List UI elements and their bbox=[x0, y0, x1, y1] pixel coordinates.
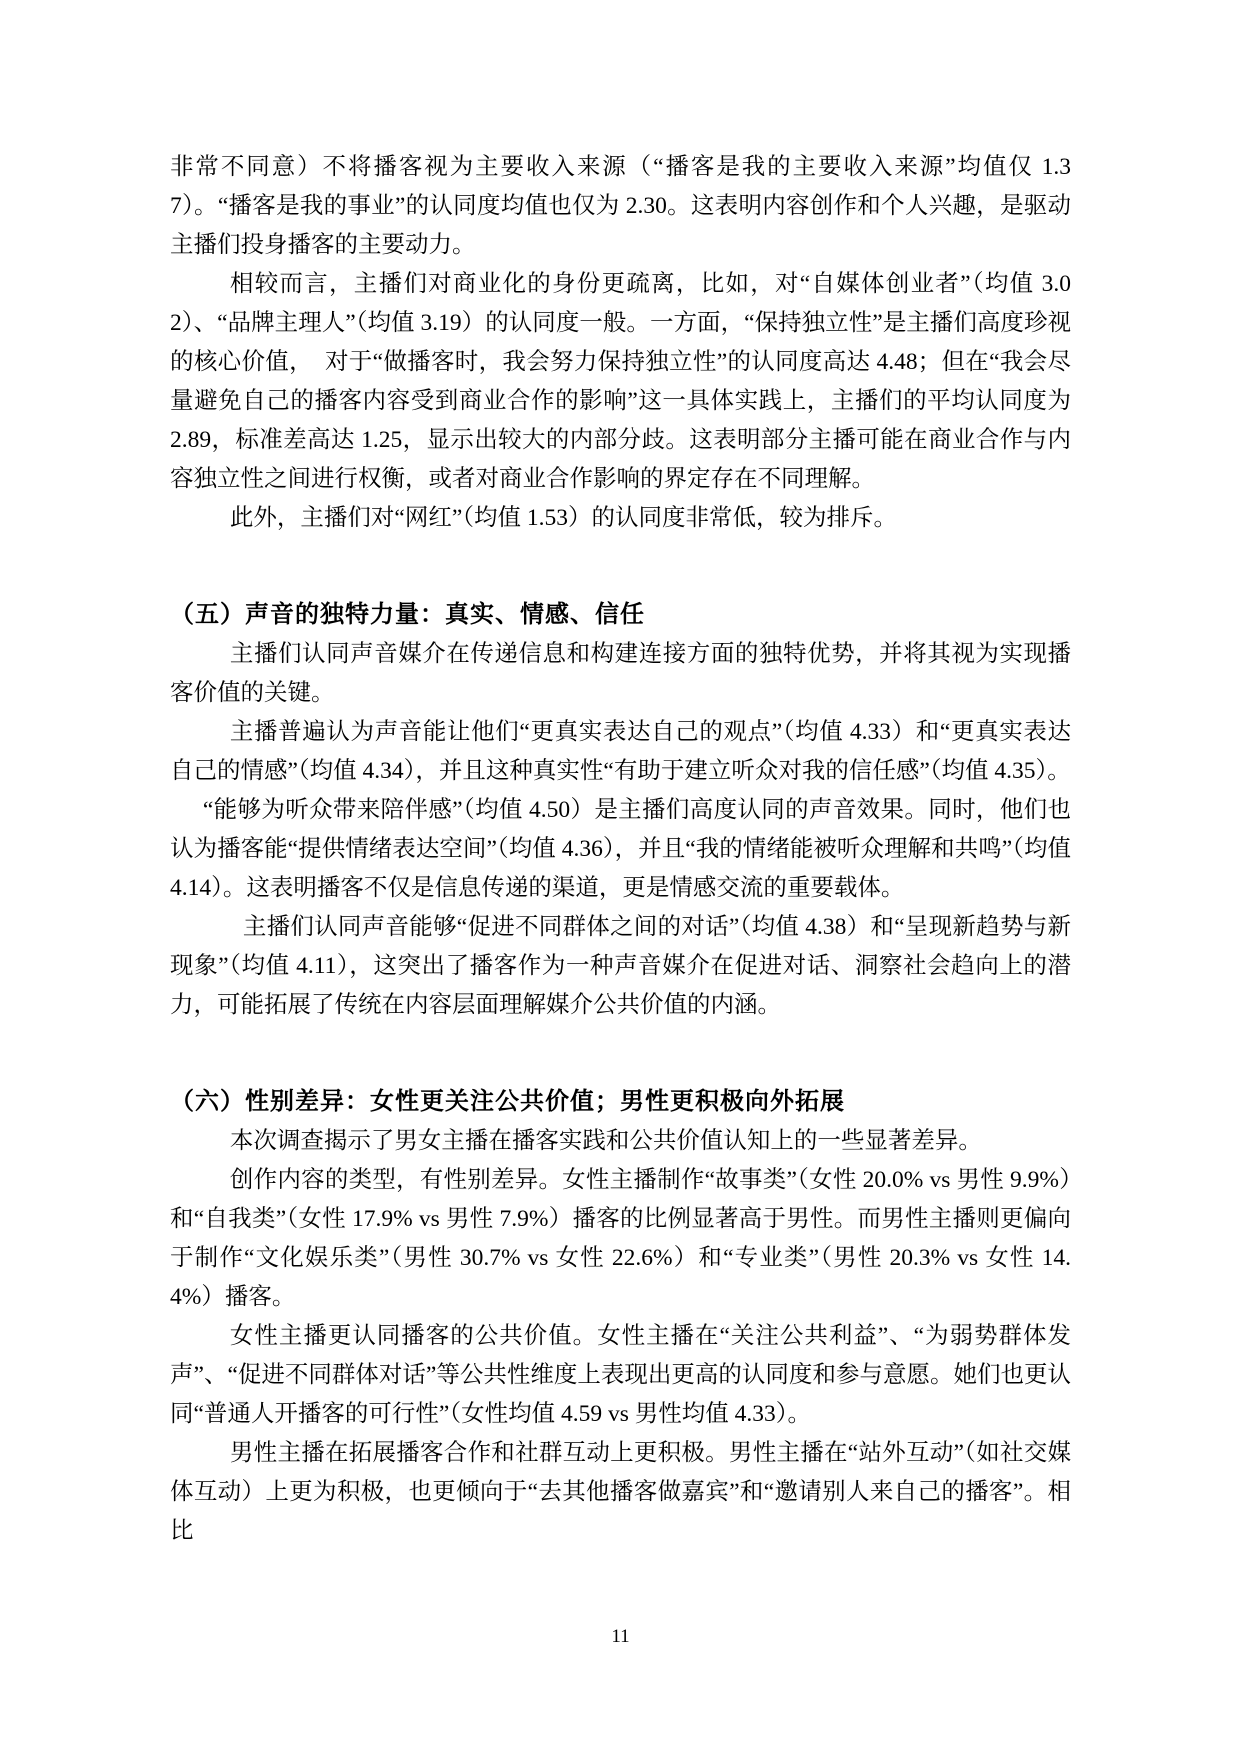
section-heading: （五）声音的独特力量：真实、情感、信任 bbox=[170, 595, 1071, 635]
paragraph: 男性主播在拓展播客合作和社群互动上更积极。男性主播在“站外互动”（如社交媒体互动… bbox=[170, 1434, 1071, 1551]
paragraph: “能够为听众带来陪伴感”（均值 4.50）是主播们高度认同的声音效果。同时，他们… bbox=[170, 791, 1071, 908]
paragraph: 本次调查揭示了男女主播在播客实践和公共价值认知上的一些显著差异。 bbox=[170, 1122, 1071, 1161]
page-number: 11 bbox=[611, 1626, 629, 1647]
paragraph: 女性主播更认同播客的公共价值。女性主播在“关注公共利益”、“为弱势群体发声”、“… bbox=[170, 1317, 1071, 1434]
paragraph: 相较而言，主播们对商业化的身份更疏离，比如，对“自媒体创业者”（均值 3.02）… bbox=[170, 265, 1071, 499]
document-body: 非常不同意）不将播客视为主要收入来源（“播客是我的主要收入来源”均值仅 1.37… bbox=[170, 148, 1071, 1551]
section-heading: （六）性别差异：女性更关注公共价值；男性更积极向外拓展 bbox=[170, 1082, 1071, 1122]
paragraph: 主播们认同声音能够“促进不同群体之间的对话”（均值 4.38）和“呈现新趋势与新… bbox=[170, 908, 1071, 1025]
page-footer: 11 bbox=[0, 1626, 1241, 1648]
paragraph: 非常不同意）不将播客视为主要收入来源（“播客是我的主要收入来源”均值仅 1.37… bbox=[170, 148, 1071, 265]
paragraph: 此外，主播们对“网红”（均值 1.53）的认同度非常低，较为排斥。 bbox=[170, 499, 1071, 538]
paragraph: 主播普遍认为声音能让他们“更真实表达自己的观点”（均值 4.33）和“更真实表达… bbox=[170, 713, 1071, 791]
paragraph: 主播们认同声音媒介在传递信息和构建连接方面的独特优势，并将其视为实现播客价值的关… bbox=[170, 635, 1071, 713]
paragraph: 创作内容的类型，有性别差异。女性主播制作“故事类”（女性 20.0% vs 男性… bbox=[170, 1161, 1071, 1317]
